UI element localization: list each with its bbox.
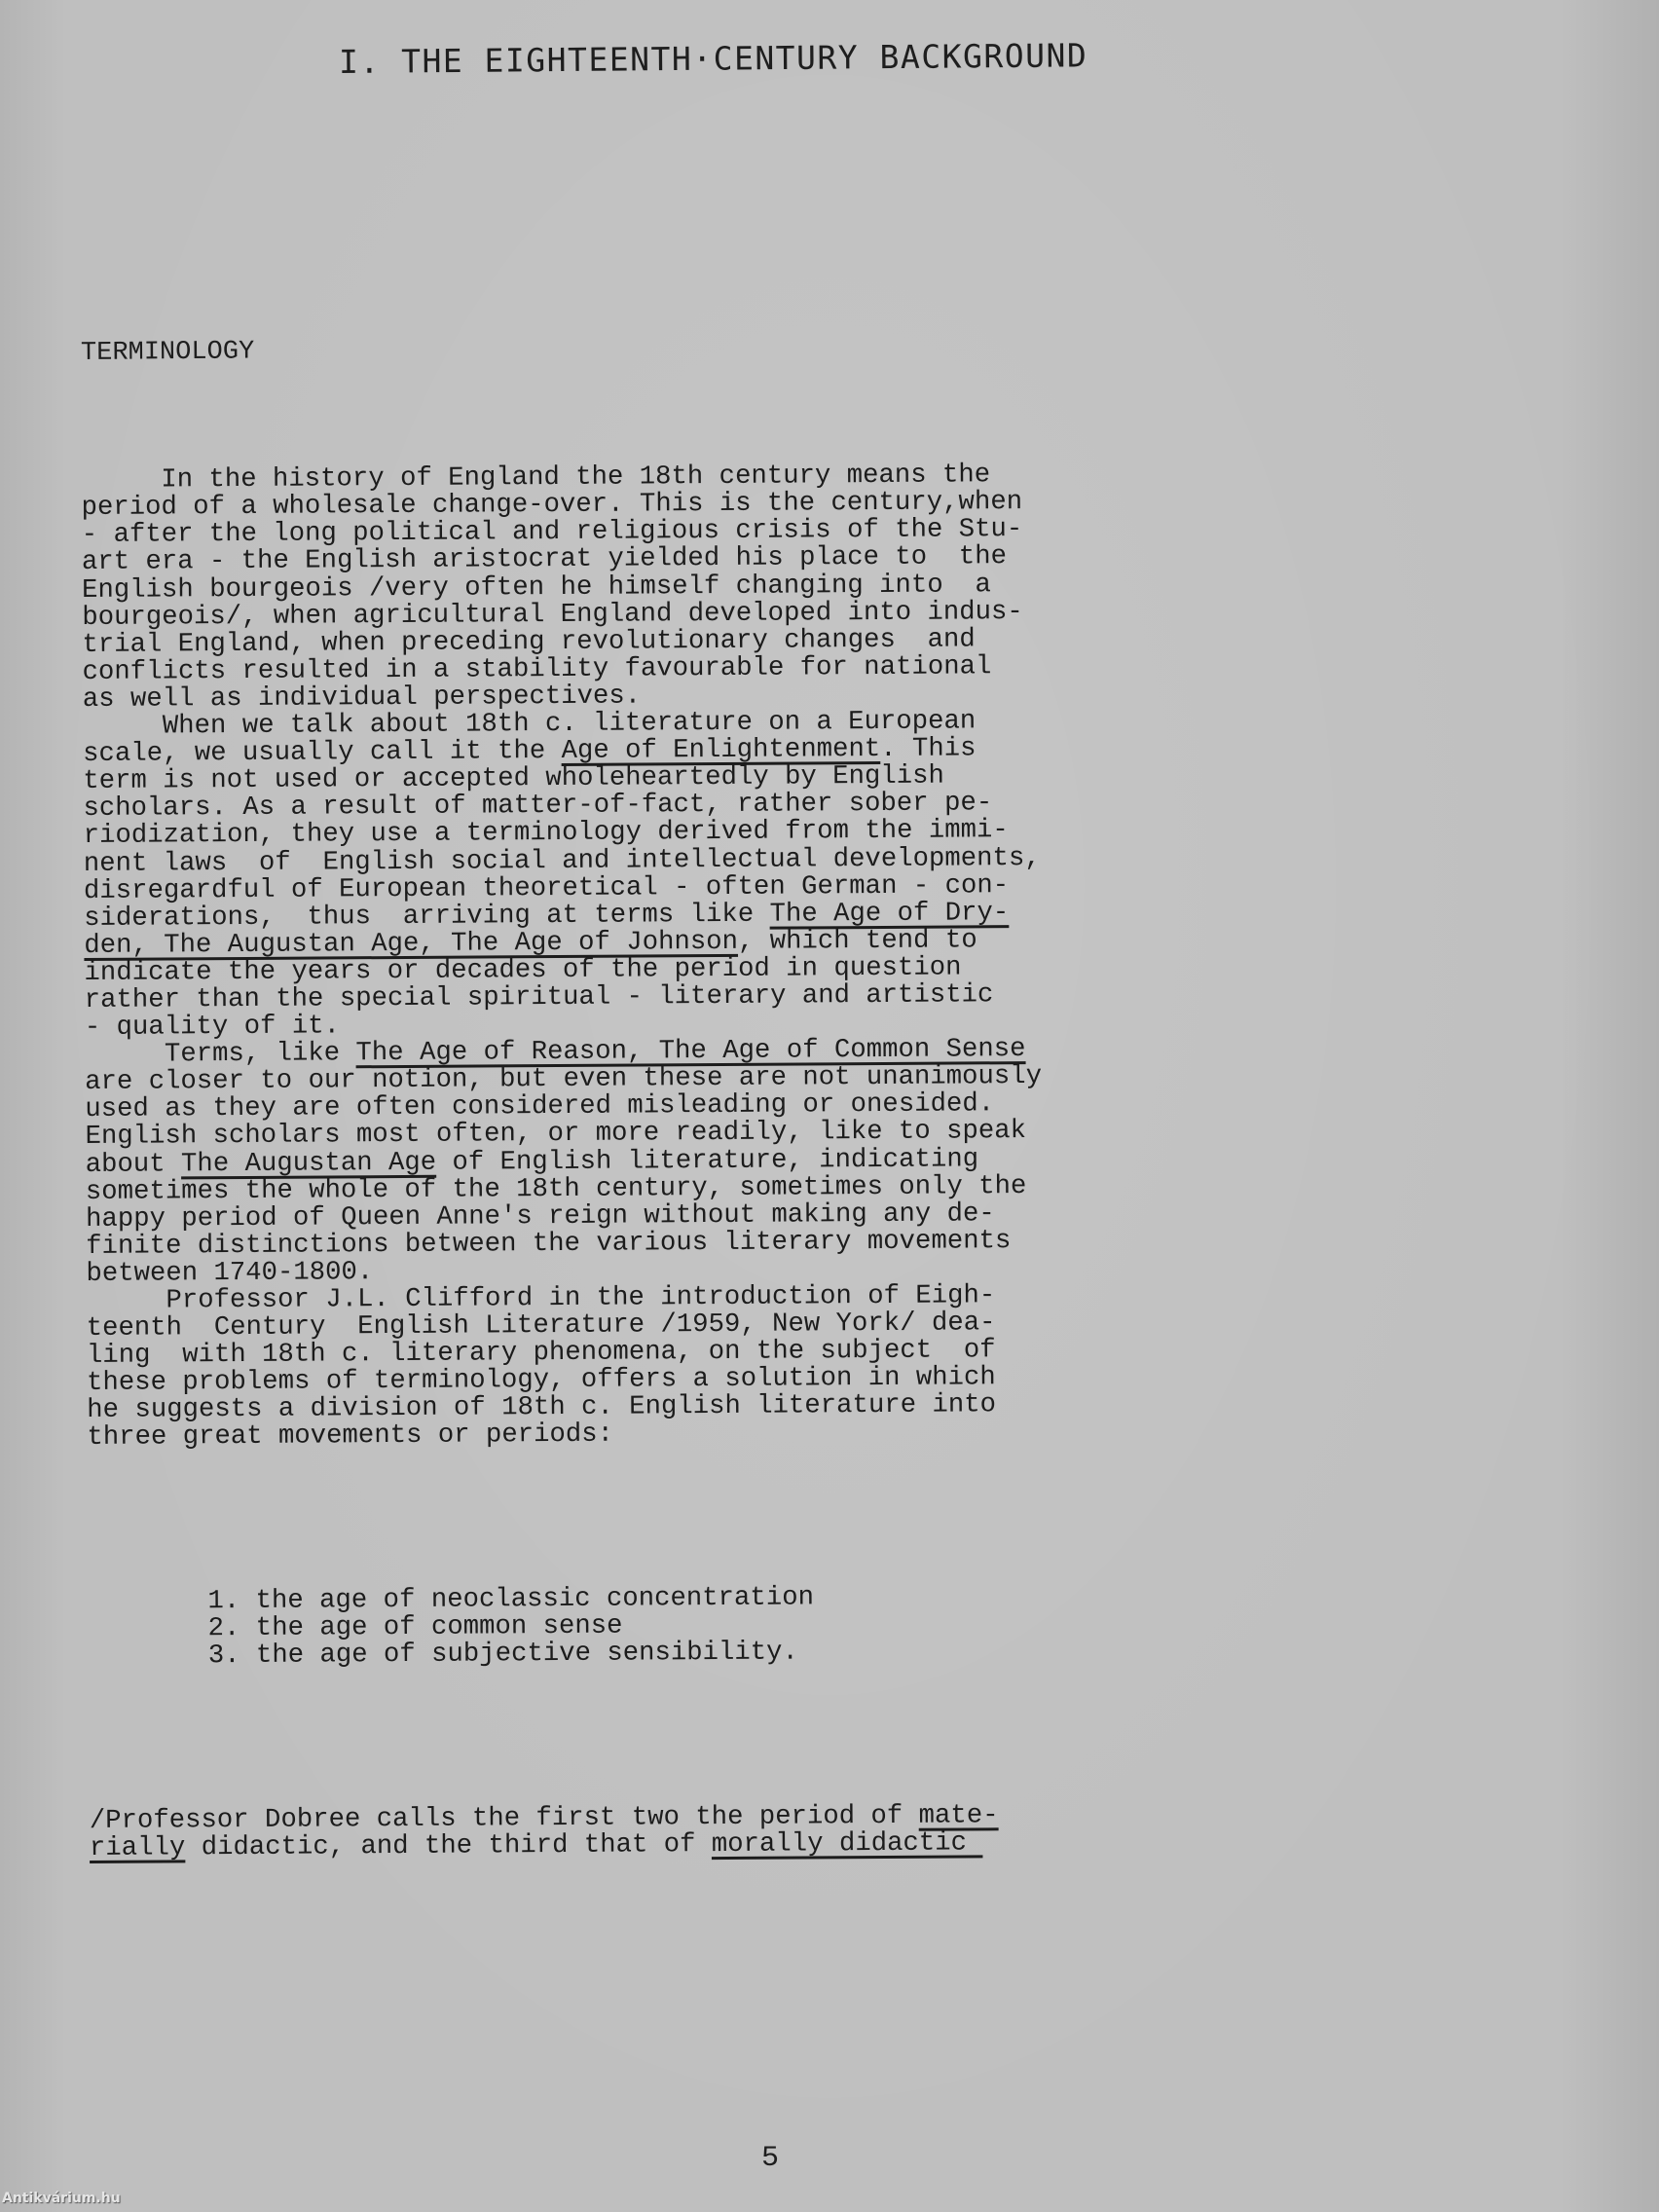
- text-run: rather than the special spiritual - lite…: [85, 979, 994, 1015]
- text-line: three great movements or periods:: [87, 1419, 1044, 1452]
- period-list-item: 3. the age of subjective sensibility.: [89, 1638, 1046, 1671]
- page-number: 5: [761, 2142, 779, 2175]
- text-run: about: [86, 1149, 181, 1180]
- spacer: [88, 1501, 1045, 1534]
- periods-list: 1. the age of neoclassic concentration2.…: [88, 1583, 1045, 1671]
- text-run: finite distinctions between the various …: [86, 1226, 1011, 1262]
- text-run: three great movements or periods:: [87, 1419, 613, 1453]
- body-text: In the history of England the 18th centu…: [81, 407, 1047, 1917]
- underlined-term: morally didactic: [712, 1827, 983, 1860]
- scanned-page: I. THE EIGHTEENTH·CENTURY BACKGROUND TER…: [0, 0, 1659, 2212]
- paragraphs: In the history of England the 18th centu…: [81, 461, 1044, 1452]
- section-heading: TERMINOLOGY: [81, 337, 254, 368]
- underlined-term: rially: [90, 1832, 185, 1863]
- text-line: rially didactic, and the third that of m…: [90, 1829, 1047, 1862]
- text-run: didactic, and the third that of: [185, 1829, 712, 1862]
- chapter-title: I. THE EIGHTEENTH·CENTURY BACKGROUND: [339, 36, 1088, 81]
- watermark-logo: Antikvárium.hu: [2, 2191, 121, 2206]
- text-line: rather than the special spiritual - lite…: [85, 981, 1042, 1014]
- underlined-term: mate-: [919, 1800, 999, 1830]
- text-line: finite distinctions between the various …: [86, 1228, 1043, 1261]
- spacer: [89, 1719, 1046, 1752]
- closing-note: /Professor Dobree calls the first two th…: [90, 1802, 1047, 1862]
- text-run: . This: [880, 734, 976, 765]
